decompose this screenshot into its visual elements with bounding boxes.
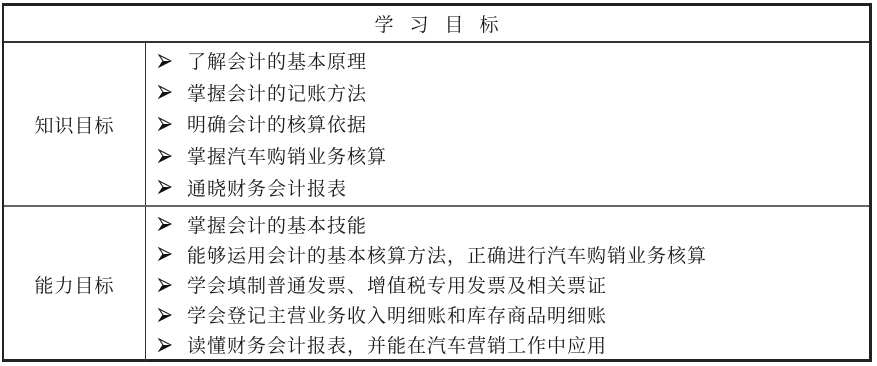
row-label: 能力目标: [4, 207, 146, 362]
arrowhead-bullet-icon: [158, 54, 172, 68]
list-item: 能够运用会计的基本核算方法，正确进行汽车购销业务核算: [158, 239, 869, 269]
ability-objectives-row: 能力目标 掌握会计的基本技能 能够运用会计的基本核算方法，正确进行汽车购销业务核…: [4, 207, 869, 362]
item-text: 掌握汽车购销业务核算: [187, 142, 387, 169]
list-item: 掌握会计的记账方法: [158, 77, 869, 109]
item-text: 读懂财务会计报表，并能在汽车营销工作中应用: [187, 331, 607, 358]
list-item: 明确会计的核算依据: [158, 108, 869, 140]
item-text: 掌握会计的基本技能: [187, 211, 367, 238]
list-item: 掌握汽车购销业务核算: [158, 140, 869, 172]
arrowhead-bullet-icon: [158, 278, 172, 292]
arrowhead-bullet-icon: [158, 149, 172, 163]
item-text: 掌握会计的记账方法: [187, 79, 367, 106]
item-text: 学会登记主营业务收入明细账和库存商品明细账: [187, 301, 607, 328]
list-item: 学会填制普通发票、增值税专用发票及相关票证: [158, 269, 869, 299]
table-header: 学 习 目 标: [4, 6, 869, 43]
arrowhead-bullet-icon: [158, 85, 172, 99]
item-text: 能够运用会计的基本核算方法，正确进行汽车购销业务核算: [187, 241, 707, 268]
learning-objectives-table: 学 习 目 标 知识目标 了解会计的基本原理 掌握会计的记账方法 明确会计的核算…: [2, 3, 872, 362]
arrowhead-bullet-icon: [158, 338, 172, 352]
item-text: 学会填制普通发票、增值税专用发票及相关票证: [187, 271, 607, 298]
arrowhead-bullet-icon: [158, 180, 172, 194]
list-item: 通晓财务会计报表: [158, 171, 869, 203]
item-text: 通晓财务会计报表: [187, 174, 347, 201]
arrowhead-bullet-icon: [158, 217, 172, 231]
objectives-list: 了解会计的基本原理 掌握会计的记账方法 明确会计的核算依据 掌握汽车购销业务核算…: [146, 43, 869, 205]
list-item: 学会登记主营业务收入明细账和库存商品明细账: [158, 300, 869, 330]
header-char: 目: [445, 10, 464, 37]
item-text: 了解会计的基本原理: [187, 47, 367, 74]
header-char: 标: [480, 10, 499, 37]
objectives-list: 掌握会计的基本技能 能够运用会计的基本核算方法，正确进行汽车购销业务核算 学会填…: [146, 207, 869, 362]
list-item: 读懂财务会计报表，并能在汽车营销工作中应用: [158, 330, 869, 360]
list-item: 了解会计的基本原理: [158, 45, 869, 77]
knowledge-objectives-row: 知识目标 了解会计的基本原理 掌握会计的记账方法 明确会计的核算依据 掌握汽车购…: [4, 43, 869, 207]
header-char: 学: [374, 10, 393, 37]
arrowhead-bullet-icon: [158, 308, 172, 322]
header-char: 习: [409, 10, 428, 37]
arrowhead-bullet-icon: [158, 247, 172, 261]
row-label: 知识目标: [4, 43, 146, 205]
item-text: 明确会计的核算依据: [187, 110, 367, 137]
list-item: 掌握会计的基本技能: [158, 209, 869, 239]
arrowhead-bullet-icon: [158, 117, 172, 131]
